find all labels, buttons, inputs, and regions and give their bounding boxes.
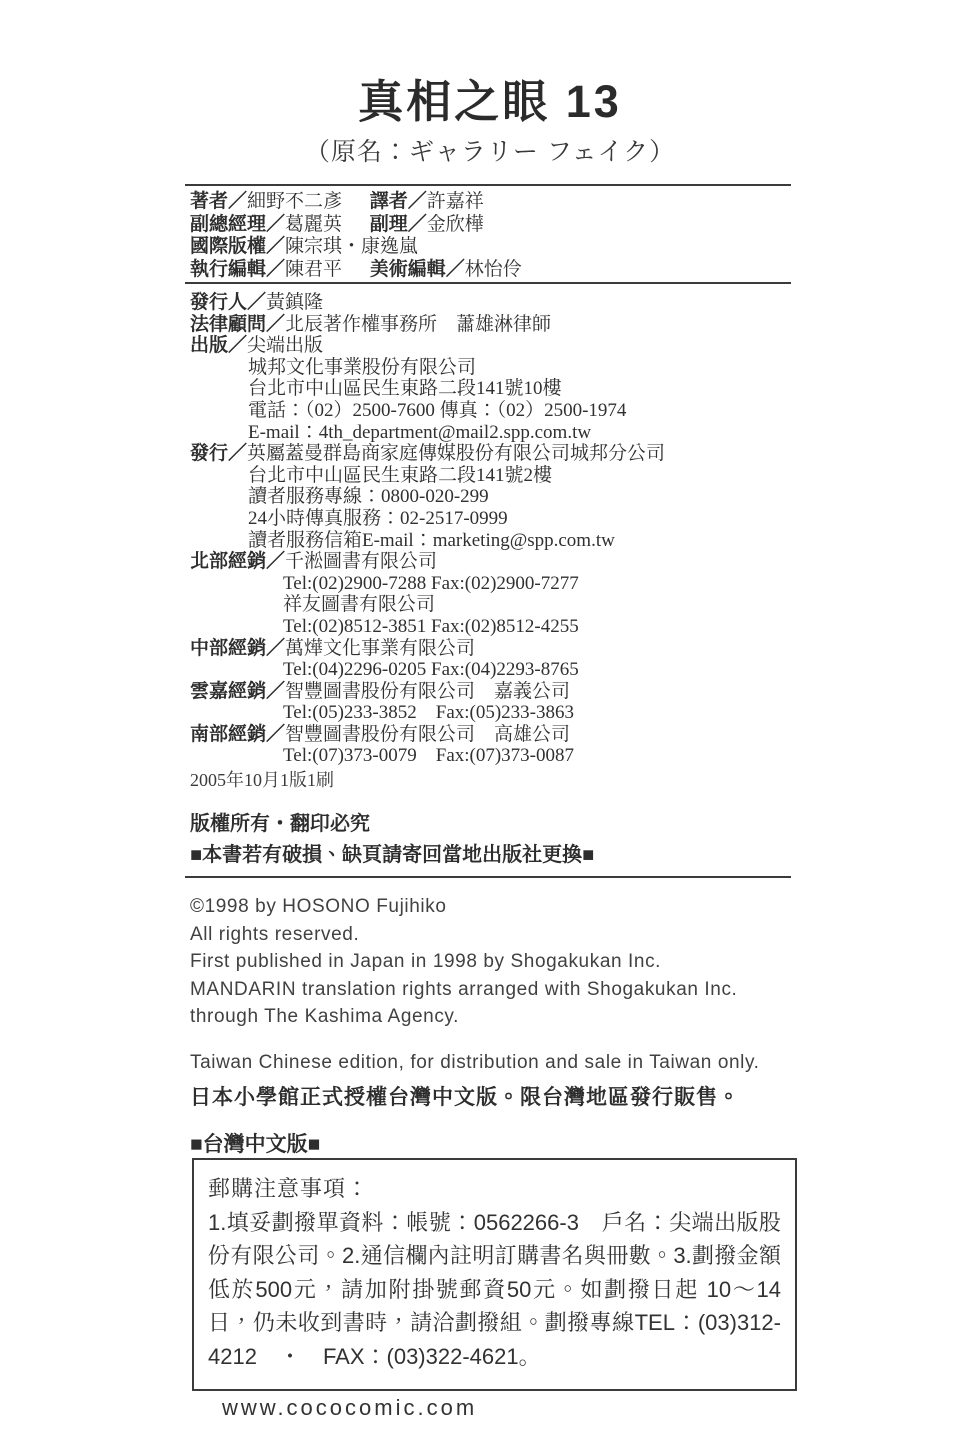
publication-line: 讀者服務專線：0800-020-299 [190, 486, 810, 508]
publication-line: 台北市中山區民生東路二段141號2樓 [190, 465, 810, 487]
taiwan-edition-chinese: 日本小學館正式授權台灣中文版。限台灣地區發行販售。 [190, 1081, 810, 1111]
credit-label: 副總經理／ [190, 214, 285, 235]
english-rights-line: First published in Japan in 1998 by Shog… [190, 948, 810, 976]
publication-info: 發行人／黃鎮隆 法律顧問／北辰著作權事務所 蕭雄淋律師 出版／尖端出版 城邦文化… [190, 292, 810, 767]
credit-cell: 國際版權／陳宗琪・康逸嵐 [190, 236, 418, 259]
credit-cell: 譯者／許嘉祥 [370, 191, 484, 214]
credit-label: 美術編輯／ [370, 259, 465, 280]
mail-order-heading: 郵購注意事項： [208, 1172, 781, 1206]
publication-line: Tel:(02)8512-3851 Fax:(02)8512-4255 [190, 616, 810, 638]
publication-line: 台北市中山區民生東路二段141號10樓 [190, 378, 810, 400]
credit-label: 執行編輯／ [190, 259, 285, 280]
copyright-line: 版權所有・翻印必究 [190, 809, 594, 840]
publication-line: 城邦文化事業股份有限公司 [190, 357, 810, 379]
publication-line: 電話：（02）2500-7600 傳真：（02）2500-1974 [190, 400, 810, 422]
english-rights-line: ©1998 by HOSONO Fujihiko [190, 893, 810, 921]
publication-line: 南部經銷／智豐圖書股份有限公司 高雄公司 [190, 724, 810, 746]
divider-top [185, 184, 791, 186]
mail-order-box: 郵購注意事項： 1.填妥劃撥單資料：帳號：0562266-3 戶名：尖端出版股份… [192, 1158, 797, 1391]
credit-name: 陳君平 [285, 259, 342, 280]
taiwan-edition-block: Taiwan Chinese edition, for distribution… [190, 1052, 810, 1111]
english-rights-block: ©1998 by HOSONO Fujihiko All rights rese… [190, 893, 810, 1031]
publication-line: 發行人／黃鎮隆 [190, 292, 810, 314]
publication-line: 祥友圖書有限公司 [190, 594, 810, 616]
credit-name: 葛麗英 [285, 214, 342, 235]
publication-line: 法律顧問／北辰著作權事務所 蕭雄淋律師 [190, 314, 810, 336]
copyright-notice: 版權所有・翻印必究 ■本書若有破損、缺頁請寄回當地出版社更換■ [190, 809, 594, 871]
credit-cell: 著者／細野不二彥 [190, 191, 365, 214]
english-rights-line: through The Kashima Agency. [190, 1003, 810, 1031]
book-title: 真相之眼 13 [190, 76, 790, 128]
publication-line: 出版／尖端出版 [190, 335, 810, 357]
taiwan-edition-mark: ■台灣中文版■ [190, 1128, 320, 1158]
credit-row: 著者／細野不二彥 譯者／許嘉祥 [190, 191, 790, 214]
publication-line: 雲嘉經銷／智豐圖書股份有限公司 嘉義公司 [190, 681, 810, 703]
credit-row: 國際版權／陳宗琪・康逸嵐 [190, 236, 790, 259]
edition-date: 2005年10月1版1刷 [190, 766, 334, 792]
publication-line: E-mail：4th_department@mail2.spp.com.tw [190, 422, 810, 444]
credit-name: 金欣樺 [427, 214, 484, 235]
mail-order-instructions: 1.填妥劃撥單資料：帳號：0562266-3 戶名：尖端出版股份有限公司。2.通… [208, 1206, 781, 1374]
credit-name: 許嘉祥 [427, 191, 484, 212]
credit-cell: 副總經理／葛麗英 [190, 214, 365, 237]
credit-row: 執行編輯／陳君平 美術編輯／林怡伶 [190, 259, 790, 282]
english-rights-line: All rights reserved. [190, 921, 810, 949]
credit-label: 國際版權／ [190, 236, 285, 257]
book-original-title: （原名：ギャラリー フェイク） [190, 132, 790, 168]
divider-copyright [185, 876, 791, 878]
publication-line: 中部經銷／萬燁文化事業有限公司 [190, 638, 810, 660]
taiwan-edition-english: Taiwan Chinese edition, for distribution… [190, 1052, 810, 1074]
credit-name: 陳宗琪・康逸嵐 [285, 236, 418, 257]
publication-line: Tel:(07)373-0079 Fax:(07)373-0087 [190, 745, 810, 767]
credit-cell: 副理／金欣樺 [370, 214, 484, 237]
site-watermark: www.cococomic.com [222, 1395, 477, 1421]
damaged-book-notice: ■本書若有破損、缺頁請寄回當地出版社更換■ [190, 840, 594, 871]
credit-label: 著者／ [190, 191, 247, 212]
staff-credits: 著者／細野不二彥 譯者／許嘉祥 副總經理／葛麗英 副理／金欣樺 國際版權／陳宗琪… [190, 191, 790, 281]
credit-label: 譯者／ [370, 191, 427, 212]
credit-label: 副理／ [370, 214, 427, 235]
publication-line: Tel:(02)2900-7288 Fax:(02)2900-7277 [190, 573, 810, 595]
divider-credits [185, 282, 791, 284]
publication-line: 發行／英屬蓋曼群島商家庭傳媒股份有限公司城邦分公司 [190, 443, 810, 465]
credit-row: 副總經理／葛麗英 副理／金欣樺 [190, 214, 790, 237]
publication-line: 24小時傳真服務：02-2517-0999 [190, 508, 810, 530]
publication-line: 讀者服務信箱E-mail：marketing@spp.com.tw [190, 530, 810, 552]
english-rights-line: MANDARIN translation rights arranged wit… [190, 976, 810, 1004]
credit-cell: 美術編輯／林怡伶 [370, 259, 522, 282]
title-block: 真相之眼 13 （原名：ギャラリー フェイク） [190, 76, 790, 168]
publication-line: Tel:(04)2296-0205 Fax:(04)2293-8765 [190, 659, 810, 681]
credit-name: 細野不二彥 [247, 191, 342, 212]
publication-line: 北部經銷／千淞圖書有限公司 [190, 551, 810, 573]
publication-line: Tel:(05)233-3852 Fax:(05)233-3863 [190, 702, 810, 724]
credit-name: 林怡伶 [465, 259, 522, 280]
credit-cell: 執行編輯／陳君平 [190, 259, 365, 282]
colophon-page: 真相之眼 13 （原名：ギャラリー フェイク） 著者／細野不二彥 譯者／許嘉祥 … [0, 0, 960, 1433]
